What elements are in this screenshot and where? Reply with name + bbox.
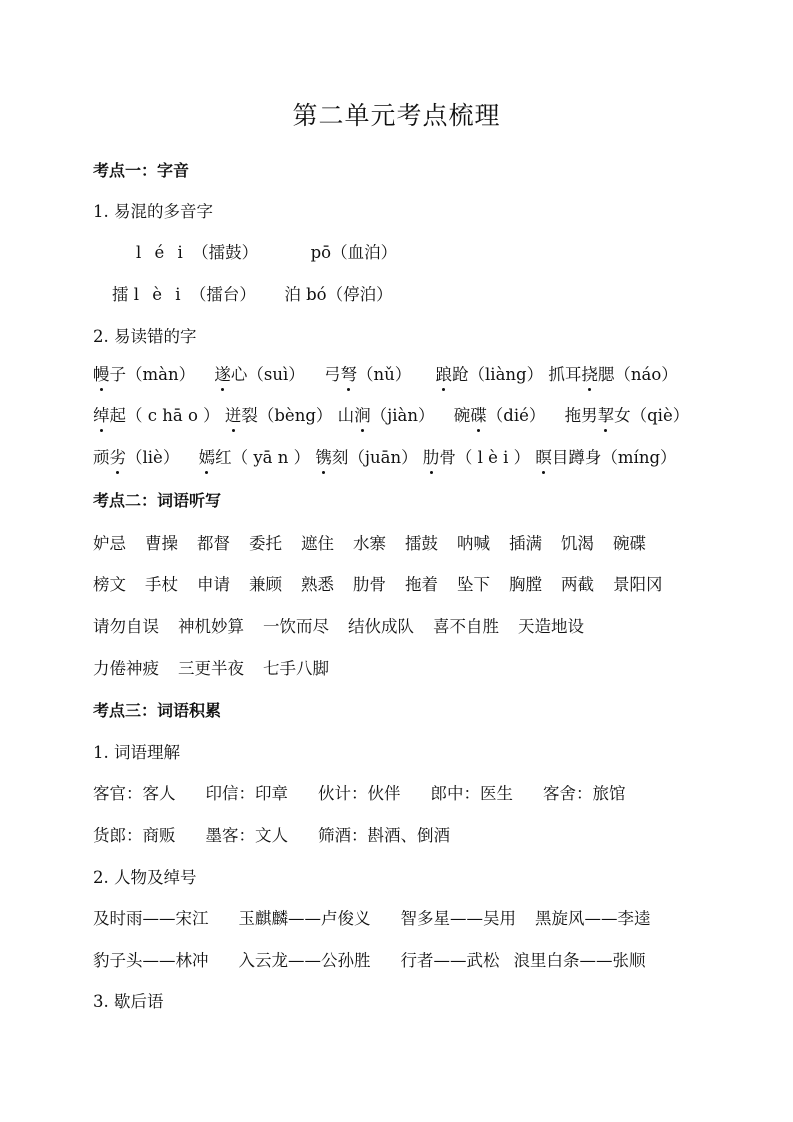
dictation-row-3: 请勿自误神机妙算一饮而尽结伙成队喜不自胜天造地设 <box>93 616 584 638</box>
text-span: 擂鼓 <box>405 534 438 553</box>
text-span: 山 <box>338 406 355 425</box>
text-span: 拖男 <box>565 406 598 425</box>
text-span: 两截 <box>561 575 594 594</box>
text-span: 请勿自误 <box>93 617 159 636</box>
text-span: 三更半夜 <box>178 659 244 678</box>
text-span: 天造地设 <box>518 617 584 636</box>
text-span: 熟悉 <box>301 575 334 594</box>
text-span: 委托 <box>249 534 282 553</box>
emphasized-char: 绰 <box>93 405 110 427</box>
text-span: 胸膛 <box>509 575 542 594</box>
text-span: （liàng） <box>469 365 544 384</box>
example-word: （擂鼓） <box>192 243 258 262</box>
text-span: 印信：印章 <box>206 784 289 803</box>
text-span: 碗 <box>454 406 471 425</box>
misread-row-3: 顽劣（liè） 嫣红（ yā n ） 镌刻（juān） 肋骨（ l è i ） … <box>93 447 677 469</box>
text-span: 呐喊 <box>457 534 490 553</box>
text-span: 碗碟 <box>613 534 646 553</box>
emphasized-char: 踉 <box>436 364 453 386</box>
text-span: （ l è i ） <box>456 448 530 467</box>
word-entry: 踉跄（liàng） <box>436 365 544 384</box>
text-span: （màn） <box>126 365 195 384</box>
text-span: 行者——武松 <box>401 951 500 970</box>
polyphonic-row-1: l é i （擂鼓） pō（血泊） <box>136 242 397 264</box>
text-span: 力倦神疲 <box>93 659 159 678</box>
text-span: （juān） <box>348 448 417 467</box>
text-span: （suì） <box>247 365 304 384</box>
text-span: 墨客：文人 <box>206 826 289 845</box>
text-span: 七手八脚 <box>263 659 329 678</box>
text-span: 豹子头——林冲 <box>93 951 209 970</box>
text-span: 肋骨 <box>353 575 386 594</box>
text-span: 神机妙算 <box>178 617 244 636</box>
emphasized-char: 嫣 <box>199 447 216 469</box>
text-span: 结伙成队 <box>348 617 414 636</box>
word-entry: 镌刻（juān） <box>315 448 417 467</box>
text-span: （bèng） <box>258 406 333 425</box>
pinyin: l é i <box>136 243 187 262</box>
emphasized-char: 涧 <box>354 405 371 427</box>
text-span: （ yā n ） <box>232 448 311 467</box>
subheading-polyphonic: 1. 易混的多音字 <box>93 201 213 223</box>
dictation-row-4: 力倦神疲三更半夜七手八脚 <box>93 658 329 680</box>
pinyin: l è i <box>134 285 185 304</box>
text-span: 水寨 <box>353 534 386 553</box>
emphasized-char: 弩 <box>341 364 358 386</box>
text-span: 筛酒：斟酒、倒酒 <box>318 826 450 845</box>
text-span: 红 <box>215 448 232 467</box>
text-span: 妒忌 <box>93 534 126 553</box>
word-entry: 瞑目蹲身（míng） <box>535 448 676 467</box>
text-span: 饥渴 <box>561 534 594 553</box>
emphasized-char: 幔 <box>93 364 110 386</box>
word-entry: 嫣红（ yā n ） <box>199 448 311 467</box>
text-span: 女 <box>614 406 631 425</box>
word-meaning-row-2: 货郎：商贩墨客：文人筛酒：斟酒、倒酒 <box>93 825 450 847</box>
dictation-row-2: 榜文手杖申请兼顾熟悉肋骨拖着坠下胸膛两截景阳冈 <box>93 574 663 596</box>
text-span: 刻 <box>332 448 349 467</box>
misread-row-2: 绰起（ c hā o ） 迸裂（bèng） 山涧（jiàn） 碗碟（dié） 拖… <box>93 405 689 427</box>
emphasized-char: 挠 <box>581 364 598 386</box>
section-heading-pronunciation: 考点一：字音 <box>93 160 189 182</box>
example-word: （血泊） <box>331 243 397 262</box>
text-span: 插满 <box>509 534 542 553</box>
text-span: 智多星——吴用 <box>401 909 517 928</box>
nickname-row-2: 豹子头——林冲入云龙——公孙胜行者——武松浪里白条——张顺 <box>93 950 646 972</box>
emphasized-char: 迸 <box>225 405 242 427</box>
text-span: 榜文 <box>93 575 126 594</box>
word-entry: 弓弩（nǔ） <box>324 365 411 384</box>
section-heading-dictation: 考点二：词语听写 <box>93 490 221 512</box>
text-span: （nǔ） <box>357 365 411 384</box>
text-span: 及时雨——宋江 <box>93 909 209 928</box>
emphasized-char: 瞑 <box>535 447 552 469</box>
text-span: 心 <box>231 365 248 384</box>
emphasized-char: 遂 <box>214 364 231 386</box>
section-heading-vocabulary: 考点三：词语积累 <box>93 700 221 722</box>
text-span: 浪里白条——张顺 <box>514 951 646 970</box>
subheading-xiehouyu: 3. 歇后语 <box>93 991 164 1013</box>
text-span: 拖着 <box>405 575 438 594</box>
word-entry: 抓耳挠腮（náo） <box>548 365 677 384</box>
word-entry: 顽劣（liè） <box>93 448 179 467</box>
text-span: （ c hā o ） <box>126 406 220 425</box>
dictation-row-1: 妒忌曹操都督委托遮住水寨擂鼓呐喊插满饥渴碗碟 <box>93 533 646 555</box>
text-span: 子 <box>110 365 127 384</box>
text-span: 兼顾 <box>249 575 282 594</box>
text-span: 黑旋风——李逵 <box>535 909 651 928</box>
text-span: 郎中：医生 <box>431 784 514 803</box>
text-span: 遮住 <box>301 534 334 553</box>
word-entry: 山涧（jiàn） <box>338 406 435 425</box>
emphasized-char: 镌 <box>315 447 332 469</box>
emphasized-char: 挈 <box>598 405 615 427</box>
text-span: 起 <box>110 406 127 425</box>
example-word: （擂台） <box>190 285 256 304</box>
text-span: 玉麒麟——卢俊义 <box>239 909 371 928</box>
nickname-row-1: 及时雨——宋江玉麒麟——卢俊义智多星——吴用黑旋风——李逵 <box>93 908 651 930</box>
text-span: （náo） <box>614 365 677 384</box>
text-span: 伙计：伙伴 <box>318 784 401 803</box>
emphasized-char: 碟 <box>470 405 487 427</box>
text-span: 入云龙——公孙胜 <box>239 951 371 970</box>
text-span: 一饮而尽 <box>263 617 329 636</box>
pinyin: bó <box>306 285 327 304</box>
text-span: 客舍：旅馆 <box>543 784 626 803</box>
text-span: （qiè） <box>631 406 690 425</box>
page-title: 第二单元考点梳理 <box>0 96 793 132</box>
word-entry: 碗碟（dié） <box>454 406 546 425</box>
text-span: 弓 <box>324 365 341 384</box>
emphasized-char: 劣 <box>110 447 127 469</box>
text-span: 客官：客人 <box>93 784 176 803</box>
subheading-characters-nicknames: 2. 人物及绰号 <box>93 867 197 889</box>
text-span: （dié） <box>487 406 546 425</box>
document-page: 第二单元考点梳理 考点一：字音 1. 易混的多音字 l é i （擂鼓） pō（… <box>0 0 793 1122</box>
text-span: 骨 <box>439 448 456 467</box>
text-span: 手杖 <box>145 575 178 594</box>
text-span: （jiàn） <box>371 406 435 425</box>
subheading-word-meaning: 1. 词语理解 <box>93 742 180 764</box>
text-span: 曹操 <box>145 534 178 553</box>
emphasized-char: 肋 <box>423 447 440 469</box>
text-span: 申请 <box>197 575 230 594</box>
text-span: 喜不自胜 <box>433 617 499 636</box>
misread-row-1: 幔子（màn） 遂心（suì） 弓弩（nǔ） 踉跄（liàng） 抓耳挠腮（ná… <box>93 364 678 386</box>
polyphonic-char: 泊 <box>284 285 301 304</box>
text-span: 腮 <box>598 365 615 384</box>
word-entry: 幔子（màn） <box>93 365 195 384</box>
text-span: 抓耳 <box>548 365 581 384</box>
example-word: （停泊） <box>327 285 393 304</box>
word-entry: 肋骨（ l è i ） <box>423 448 530 467</box>
word-entry: 迸裂（bèng） <box>225 406 333 425</box>
word-entry: 绰起（ c hā o ） <box>93 406 220 425</box>
word-entry: 遂心（suì） <box>214 365 304 384</box>
text-span: 都督 <box>197 534 230 553</box>
text-span: 顽 <box>93 448 110 467</box>
text-span: 裂 <box>241 406 258 425</box>
subheading-misread: 2. 易读错的字 <box>93 326 197 348</box>
word-entry: 拖男挈女（qiè） <box>565 406 690 425</box>
text-span: （míng） <box>601 448 676 467</box>
text-span: 货郎：商贩 <box>93 826 176 845</box>
word-meaning-row-1: 客官：客人印信：印章伙计：伙伴郎中：医生客舍：旅馆 <box>93 783 626 805</box>
text-span: 景阳冈 <box>613 575 663 594</box>
text-span: （liè） <box>126 448 179 467</box>
text-span: 坠下 <box>457 575 490 594</box>
pinyin: pō <box>311 243 332 262</box>
polyphonic-char: 擂 <box>112 285 129 304</box>
text-span: 目蹲身 <box>552 448 602 467</box>
text-span: 跄 <box>452 365 469 384</box>
polyphonic-row-2: 擂 l è i （擂台） 泊 bó（停泊） <box>112 284 393 306</box>
